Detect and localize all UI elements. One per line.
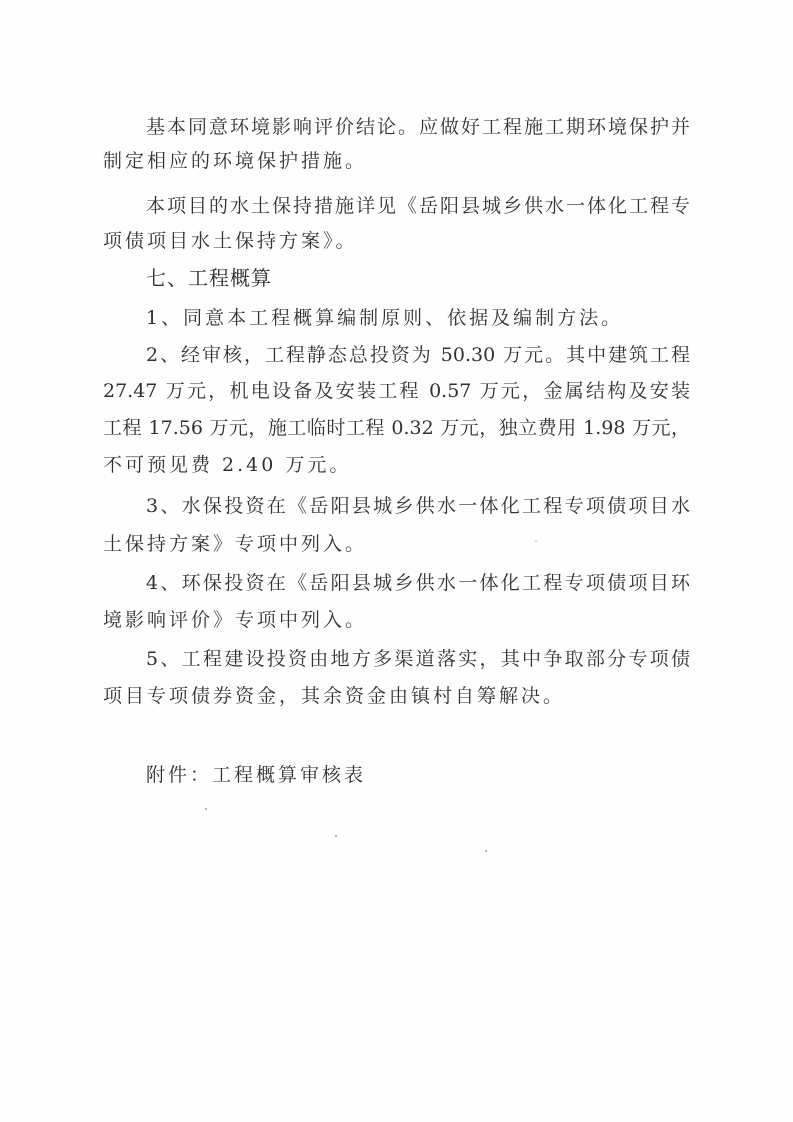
item-1-line-1: 1、同意本工程概算编制原则、依据及编制方法。 [146, 303, 690, 333]
item-5-line-1: 5、工程建设投资由地方多渠道落实，其中争取部分专项债 [146, 644, 690, 674]
item-2-line-4: 不可预见费 2.40 万元。 [103, 450, 690, 480]
paragraph-soil-water-line-2: 项债项目水土保持方案》。 [103, 226, 690, 256]
scan-speck [535, 540, 537, 542]
scan-speck [205, 808, 207, 810]
section-heading: 七、工程概算 [146, 263, 272, 293]
item-2-line-3: 工程 17.56 万元，施工临时工程 0.32 万元，独立费用 1.98 万元， [103, 413, 690, 443]
scan-speck [335, 835, 337, 837]
item-5-line-2: 项目专项债券资金，其余资金由镇村自筹解决。 [103, 681, 690, 711]
item-2-line-2: 27.47 万元，机电设备及安装工程 0.57 万元，金属结构及安装 [103, 376, 690, 406]
scan-speck [485, 850, 487, 852]
paragraph-env-conclusion-line-1: 基本同意环境影响评价结论。应做好工程施工期环境保护并 [146, 112, 690, 142]
paragraph-env-conclusion-line-2: 制定相应的环境保护措施。 [103, 146, 690, 176]
document-page: 基本同意环境影响评价结论。应做好工程施工期环境保护并 制定相应的环境保护措施。 … [0, 0, 793, 1122]
paragraph-soil-water-line-1: 本项目的水土保持措施详见《岳阳县城乡供水一体化工程专 [146, 191, 690, 221]
item-2-line-1: 2、经审核，工程静态总投资为 50.30 万元。其中建筑工程 [146, 340, 690, 370]
attachment-note: 附件：工程概算审核表 [146, 760, 366, 790]
item-4-line-1: 4、环保投资在《岳阳县城乡供水一体化工程专项债项目环 [146, 568, 690, 598]
item-4-line-2: 境影响评价》专项中列入。 [103, 605, 690, 635]
item-3-line-1: 3、水保投资在《岳阳县城乡供水一体化工程专项债项目水 [146, 491, 690, 521]
item-3-line-2: 土保持方案》专项中列入。 [103, 529, 690, 559]
